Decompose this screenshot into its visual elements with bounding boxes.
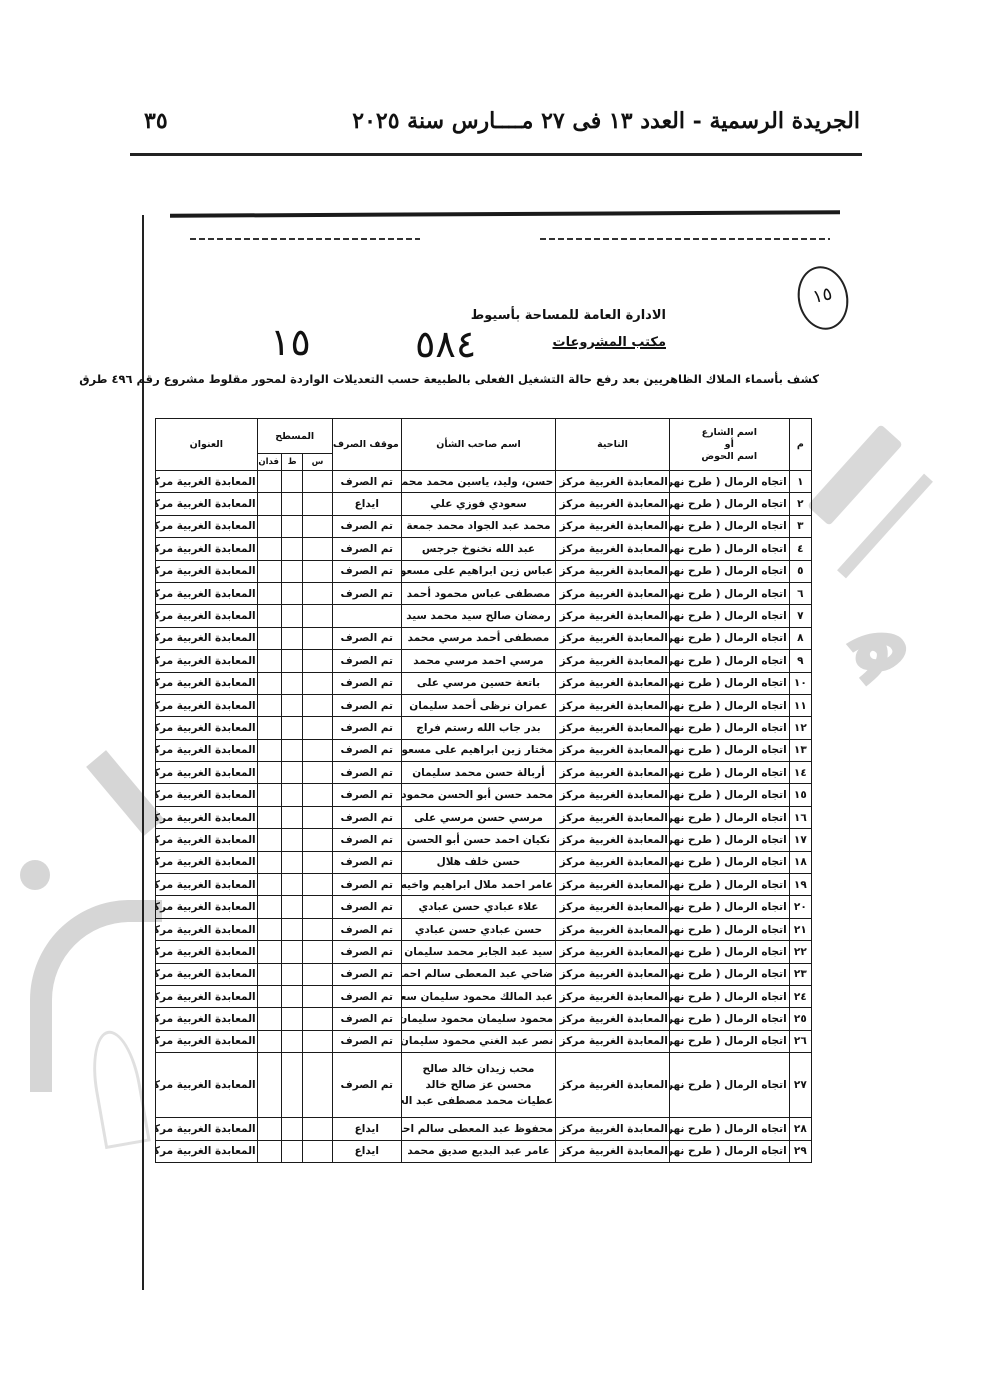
cell-num: ١٦ [789, 806, 811, 828]
header-num: م [789, 419, 811, 471]
watermark-shape [807, 424, 903, 526]
cell-qirat [282, 627, 303, 649]
cell-feddan [257, 739, 281, 761]
cell-address: المعابدة الغربية مركز ابنوب [156, 560, 258, 582]
cell-num: ١٢ [789, 717, 811, 739]
cell-num: ٢٥ [789, 1008, 811, 1030]
cell-owner: بدر جاب الله رستم فراج [401, 717, 555, 739]
page-number: ٣٥ [144, 108, 168, 134]
cell-num: ١٩ [789, 874, 811, 896]
cell-feddan [257, 874, 281, 896]
cell-feddan [257, 538, 281, 560]
table-row: ٥اتجاه الرمال ( طرح نهر ) ٣٩المعابدة الغ… [156, 560, 812, 582]
table-row: ٢٧اتجاه الرمال ( طرح نهر ) ٣٩المعابدة ال… [156, 1053, 812, 1118]
cell-num: ٢٩ [789, 1140, 811, 1162]
handwritten-number: ٥٨٤ [415, 322, 476, 366]
cell-nahia: المعابدة الغربية مركز ابنوب [556, 717, 670, 739]
cell-qirat [282, 493, 303, 515]
cell-address: المعابدة الغربية مركز ابنوب [156, 717, 258, 739]
cell-sahm [303, 829, 332, 851]
scan-noise [190, 238, 420, 240]
cell-status: تم الصرف [332, 762, 401, 784]
cell-status: تم الصرف [332, 874, 401, 896]
cell-num: ٥ [789, 560, 811, 582]
cell-street: اتجاه الرمال ( طرح نهر ) ٣٩ [669, 851, 789, 873]
watermark-dot [20, 860, 50, 890]
cell-num: ١٥ [789, 784, 811, 806]
cell-street: اتجاه الرمال ( طرح نهر ) ٣٩ [669, 560, 789, 582]
cell-num: ١٠ [789, 672, 811, 694]
cell-feddan [257, 1140, 281, 1162]
eagle-emblem-icon [85, 1027, 150, 1149]
cell-address: المعابدة الغربية مركز ابنوب [156, 471, 258, 493]
cell-status: تم الصرف [332, 941, 401, 963]
header-area: المسطح [257, 419, 332, 454]
cell-status: تم الصرف [332, 918, 401, 940]
cell-address: المعابدة الغربية مركز ابنوب [156, 1008, 258, 1030]
cell-address: المعابدة الغربية مركز ابنوب [156, 1118, 258, 1140]
header-street: اسم الشارع أو اسم الحوض [669, 419, 789, 471]
cell-status: تم الصرف [332, 851, 401, 873]
cell-qirat [282, 1030, 303, 1052]
cell-qirat [282, 918, 303, 940]
header-address: العنوان [156, 419, 258, 471]
owners-table: م اسم الشارع أو اسم الحوض الناحية اسم صا… [155, 418, 812, 1163]
office-name: الادارة العامة للمساحة بأسيوط [471, 302, 666, 329]
cell-owner: عامر احمد ملال ابراهيم واخيه عطية [401, 874, 555, 896]
cell-sahm [303, 717, 332, 739]
table-row: ١٠اتجاه الرمال ( طرح نهر ) ٣٩المعابدة ال… [156, 672, 812, 694]
cell-owner: حسن، وليد، ياسين محمد محمد علي [401, 471, 555, 493]
cell-feddan [257, 1118, 281, 1140]
cell-feddan [257, 515, 281, 537]
cell-feddan [257, 471, 281, 493]
cell-street: اتجاه الرمال ( طرح نهر ) ٣٩ [669, 739, 789, 761]
cell-status: تم الصرف [332, 515, 401, 537]
office-block: الادارة العامة للمساحة بأسيوط مكتب المشر… [471, 302, 666, 356]
cell-nahia: المعابدة الغربية مركز ابنوب [556, 1008, 670, 1030]
cell-street: اتجاه الرمال ( طرح نهر ) ٣٩ [669, 806, 789, 828]
cell-status: تم الصرف [332, 985, 401, 1007]
cell-feddan [257, 985, 281, 1007]
cell-nahia: المعابدة الغربية مركز ابنوب [556, 672, 670, 694]
cell-nahia: المعابدة الغربية مركز ابنوب [556, 1140, 670, 1162]
cell-num: ١٤ [789, 762, 811, 784]
cell-sahm [303, 582, 332, 604]
table-row: ٨اتجاه الرمال ( طرح نهر ) ٣٩المعابدة الغ… [156, 627, 812, 649]
cell-street: اتجاه الرمال ( طرح نهر ) ٣٩ [669, 762, 789, 784]
cell-street: اتجاه الرمال ( طرح نهر ) ٣٩ [669, 874, 789, 896]
cell-num: ٢ [789, 493, 811, 515]
cell-feddan [257, 829, 281, 851]
cell-owner: باتعة حسين مرسي على [401, 672, 555, 694]
table-row: ٢٠اتجاه الرمال ( طرح نهر ) ٣٩المعابدة ال… [156, 896, 812, 918]
cell-feddan [257, 941, 281, 963]
cell-sahm [303, 1053, 332, 1118]
cell-feddan [257, 806, 281, 828]
cell-sahm [303, 985, 332, 1007]
cell-qirat [282, 672, 303, 694]
cell-owner: عبد الله نخنوخ جرجس [401, 538, 555, 560]
cell-status: تم الصرف [332, 896, 401, 918]
cell-nahia: المعابدة الغربية مركز ابنوب [556, 1118, 670, 1140]
table-row: ١٦اتجاه الرمال ( طرح نهر ) ٣٩المعابدة ال… [156, 806, 812, 828]
cell-owner: نصر عبد الغني محمود سليمان [401, 1030, 555, 1052]
table-row: ١٧اتجاه الرمال ( طرح نهر ) ٣٩المعابدة ال… [156, 829, 812, 851]
document-caption: كشف بأسماء الملاك الظاهريين بعد رفع حالة… [79, 372, 819, 386]
cell-sahm [303, 560, 332, 582]
table-row: ٢٣اتجاه الرمال ( طرح نهر ) ٣٩المعابدة ال… [156, 963, 812, 985]
cell-status: تم الصرف [332, 1008, 401, 1030]
table-row: ٤اتجاه الرمال ( طرح نهر ) ٣٩المعابدة الغ… [156, 538, 812, 560]
cell-num: ٤ [789, 538, 811, 560]
cell-feddan [257, 560, 281, 582]
table-row: ٢٦اتجاه الرمال ( طرح نهر ) ٣٩المعابدة ال… [156, 1030, 812, 1052]
cell-nahia: المعابدة الغربية مركز ابنوب [556, 963, 670, 985]
cell-street: اتجاه الرمال ( طرح نهر ) ٣٩ [669, 538, 789, 560]
cell-status: تم الصرف [332, 806, 401, 828]
cell-status: تم الصرف [332, 694, 401, 716]
cell-qirat [282, 471, 303, 493]
cell-owner: مصطفى عباس محمود أحمد [401, 582, 555, 604]
cell-street: اتجاه الرمال ( طرح نهر ) ٣٩ [669, 829, 789, 851]
cell-qirat [282, 694, 303, 716]
owner-name-line: عطيات محمد مصطفى عبد الحافظ [404, 1093, 553, 1109]
cell-address: المعابدة الغربية مركز ابنوب [156, 941, 258, 963]
header-qirat: ط [282, 454, 303, 471]
cell-sahm [303, 941, 332, 963]
cell-owner: محمد عبد الجواد محمد جمعة [401, 515, 555, 537]
cell-num: ٣ [789, 515, 811, 537]
cell-qirat [282, 1008, 303, 1030]
cell-owner: مصطفى أحمد مرسي محمد [401, 627, 555, 649]
cell-qirat [282, 1140, 303, 1162]
cell-nahia: المعابدة الغربية مركز ابنوب [556, 806, 670, 828]
cell-street: اتجاه الرمال ( طرح نهر ) ٣٩ [669, 963, 789, 985]
cell-feddan [257, 784, 281, 806]
cell-nahia: المعابدة الغربية مركز ابنوب [556, 515, 670, 537]
cell-status [332, 605, 401, 627]
cell-feddan [257, 605, 281, 627]
cell-street: اتجاه الرمال ( طرح نهر ) ٣٩ [669, 672, 789, 694]
cell-qirat [282, 941, 303, 963]
cell-num: ٢٤ [789, 985, 811, 1007]
cell-street: اتجاه الرمال ( طرح نهر ) ٣٩ [669, 1030, 789, 1052]
header-divider [130, 153, 862, 156]
header-feddan: فدان [257, 454, 281, 471]
cell-owner: عمران نرظى أحمد سليمان [401, 694, 555, 716]
cell-street: اتجاه الرمال ( طرح نهر ) ٣٩ [669, 1118, 789, 1140]
cell-status: تم الصرف [332, 784, 401, 806]
cell-nahia: المعابدة الغربية مركز ابنوب [556, 1030, 670, 1052]
table-row: ١٣اتجاه الرمال ( طرح نهر ) ٣٩المعابدة ال… [156, 739, 812, 761]
cell-owner: مختار زين ابراهيم على مسعود [401, 739, 555, 761]
cell-qirat [282, 896, 303, 918]
cell-qirat [282, 1053, 303, 1118]
cell-sahm [303, 896, 332, 918]
cell-sahm [303, 739, 332, 761]
cell-status: ايداع [332, 1140, 401, 1162]
cell-address: المعابدة الغربية مركز ابنوب [156, 806, 258, 828]
cell-feddan [257, 493, 281, 515]
cell-address: المعابدة الغربية مركز ابنوب [156, 1030, 258, 1052]
cell-status: ايداع [332, 1118, 401, 1140]
cell-nahia: المعابدة الغربية مركز ابنوب [556, 762, 670, 784]
cell-qirat [282, 650, 303, 672]
cell-address: المعابدة الغربية مركز ابنوب [156, 515, 258, 537]
cell-nahia: المعابدة الغربية مركز ابنوب [556, 560, 670, 582]
cell-address: المعابدة الغربية مركز ابنوب [156, 1053, 258, 1118]
scan-noise [540, 238, 830, 240]
cell-owner: حسن عبادي حسن عبادي [401, 918, 555, 940]
cell-sahm [303, 918, 332, 940]
cell-sahm [303, 672, 332, 694]
cell-nahia: المعابدة الغربية مركز ابنوب [556, 694, 670, 716]
cell-sahm [303, 627, 332, 649]
cell-owner: علاء عبادي حسن عبادي [401, 896, 555, 918]
cell-status: تم الصرف [332, 672, 401, 694]
cell-owner: رمضان صالح سيد محمد سيد [401, 605, 555, 627]
cell-owner: محمد حسن أبو الحسن محمود [401, 784, 555, 806]
cell-feddan [257, 1008, 281, 1030]
cell-qirat [282, 605, 303, 627]
cell-status: تم الصرف [332, 650, 401, 672]
cell-street: اتجاه الرمال ( طرح نهر ) ٣٩ [669, 627, 789, 649]
cell-num: ٢١ [789, 918, 811, 940]
cell-address: المعابدة الغربية مركز ابنوب [156, 829, 258, 851]
table-row: ٢اتجاه الرمال ( طرح نهر ) ٣٩المعابدة الغ… [156, 493, 812, 515]
cell-street: اتجاه الرمال ( طرح نهر ) ٣٩ [669, 650, 789, 672]
cell-feddan [257, 650, 281, 672]
table-row: ٢٤اتجاه الرمال ( طرح نهر ) ٣٩المعابدة ال… [156, 985, 812, 1007]
cell-num: ٨ [789, 627, 811, 649]
cell-owner: محمود سليمان محمود سليمان [401, 1008, 555, 1030]
cell-nahia: المعابدة الغربية مركز ابنوب [556, 627, 670, 649]
cell-nahia: المعابدة الغربية مركز ابنوب [556, 829, 670, 851]
cell-address: المعابدة الغربية مركز ابنوب [156, 493, 258, 515]
table-row: ٦اتجاه الرمال ( طرح نهر ) ٣٩المعابدة الغ… [156, 582, 812, 604]
cell-feddan [257, 627, 281, 649]
cell-owner: محفوظ عبد المعطى سالم احمد [401, 1118, 555, 1140]
cell-nahia: المعابدة الغربية مركز ابنوب [556, 874, 670, 896]
cell-sahm [303, 806, 332, 828]
cell-street: اتجاه الرمال ( طرح نهر ) ٣٩ [669, 493, 789, 515]
table-row: ١اتجاه الرمال ( طرح نهر ) ٣٩المعابدة الغ… [156, 471, 812, 493]
cell-nahia: المعابدة الغربية مركز ابنوب [556, 851, 670, 873]
cell-nahia: المعابدة الغربية مركز ابنوب [556, 605, 670, 627]
cell-nahia: المعابدة الغربية مركز ابنوب [556, 784, 670, 806]
cell-address: المعابدة الغربية مركز ابنوب [156, 762, 258, 784]
office-subdivision: مكتب المشروعات [471, 329, 666, 356]
cell-num: ١١ [789, 694, 811, 716]
table-row: ٢٥اتجاه الرمال ( طرح نهر ) ٣٩المعابدة ال… [156, 1008, 812, 1030]
cell-num: ١٨ [789, 851, 811, 873]
table-row: ٣اتجاه الرمال ( طرح نهر ) ٣٩المعابدة الغ… [156, 515, 812, 537]
cell-feddan [257, 694, 281, 716]
cell-street: اتجاه الرمال ( طرح نهر ) ٣٩ [669, 471, 789, 493]
circled-stamp: ١٥ [792, 262, 854, 335]
cell-qirat [282, 874, 303, 896]
cell-address: المعابدة الغربية مركز ابنوب [156, 605, 258, 627]
cell-qirat [282, 515, 303, 537]
cell-feddan [257, 672, 281, 694]
cell-nahia: المعابدة الغربية مركز ابنوب [556, 493, 670, 515]
table-row: ١٩اتجاه الرمال ( طرح نهر ) ٣٩المعابدة ال… [156, 874, 812, 896]
cell-status: ايداع [332, 493, 401, 515]
cell-sahm [303, 762, 332, 784]
cell-street: اتجاه الرمال ( طرح نهر ) ٣٩ [669, 605, 789, 627]
cell-nahia: المعابدة الغربية مركز ابنوب [556, 918, 670, 940]
cell-sahm [303, 874, 332, 896]
header-nahia: الناحية [556, 419, 670, 471]
cell-owner: أربالة حسن محمد سليمان [401, 762, 555, 784]
cell-nahia: المعابدة الغربية مركز ابنوب [556, 582, 670, 604]
table-row: ٩اتجاه الرمال ( طرح نهر ) ٣٩المعابدة الغ… [156, 650, 812, 672]
cell-street: اتجاه الرمال ( طرح نهر ) ٣٩ [669, 1140, 789, 1162]
cell-street: اتجاه الرمال ( طرح نهر ) ٣٩ [669, 717, 789, 739]
cell-qirat [282, 762, 303, 784]
table-row: ٧اتجاه الرمال ( طرح نهر ) ٣٩المعابدة الغ… [156, 605, 812, 627]
cell-address: المعابدة الغربية مركز ابنوب [156, 985, 258, 1007]
cell-status: تم الصرف [332, 717, 401, 739]
gazette-header: الجريدة الرسمية - العدد ١٣ فى ٢٧ مــــار… [130, 108, 860, 148]
cell-qirat [282, 829, 303, 851]
cell-address: المعابدة الغربية مركز ابنوب [156, 627, 258, 649]
cell-street: اتجاه الرمال ( طرح نهر ) ٣٩ [669, 515, 789, 537]
cell-nahia: المعابدة الغربية مركز ابنوب [556, 941, 670, 963]
cell-owner: عامر عبد البديع صديق محمد [401, 1140, 555, 1162]
cell-num: ١٣ [789, 739, 811, 761]
cell-qirat [282, 717, 303, 739]
cell-owner: حسن خلف هلال [401, 851, 555, 873]
cell-address: المعابدة الغربية مركز ابنوب [156, 694, 258, 716]
owner-name-line: محب زيدان خالد صالح [404, 1061, 553, 1077]
cell-feddan [257, 1030, 281, 1052]
cell-num: ٢٠ [789, 896, 811, 918]
cell-status: تم الصرف [332, 1030, 401, 1052]
cell-address: المعابدة الغربية مركز ابنوب [156, 650, 258, 672]
cell-address: المعابدة الغربية مركز ابنوب [156, 963, 258, 985]
table-row: ٢١اتجاه الرمال ( طرح نهر ) ٣٩المعابدة ال… [156, 918, 812, 940]
table-row: ١٨اتجاه الرمال ( طرح نهر ) ٣٩المعابدة ال… [156, 851, 812, 873]
cell-nahia: المعابدة الغربية مركز ابنوب [556, 538, 670, 560]
watermark-logo-icon: ﻫ [814, 582, 929, 703]
cell-nahia: المعابدة الغربية مركز ابنوب [556, 650, 670, 672]
cell-owner: سيد عبد الجابر محمد سليمان [401, 941, 555, 963]
cell-owner: نكيان احمد حسن أبو الحسن [401, 829, 555, 851]
cell-street: اتجاه الرمال ( طرح نهر ) ٣٩ [669, 896, 789, 918]
cell-qirat [282, 806, 303, 828]
cell-address: المعابدة الغربية مركز ابنوب [156, 784, 258, 806]
cell-qirat [282, 851, 303, 873]
cell-owner: عباس زين ابراهيم على مسعود [401, 560, 555, 582]
cell-sahm [303, 471, 332, 493]
table-row: ٢٩اتجاه الرمال ( طرح نهر ) ٣٩المعابدة ال… [156, 1140, 812, 1162]
cell-nahia: المعابدة الغربية مركز ابنوب [556, 471, 670, 493]
cell-feddan [257, 918, 281, 940]
watermark-shape [86, 750, 164, 836]
cell-qirat [282, 963, 303, 985]
cell-street: اتجاه الرمال ( طرح نهر ) ٣٩ [669, 985, 789, 1007]
cell-street: اتجاه الرمال ( طرح نهر ) ٣٩ [669, 1053, 789, 1118]
table-body: ١اتجاه الرمال ( طرح نهر ) ٣٩المعابدة الغ… [156, 471, 812, 1163]
cell-status: تم الصرف [332, 538, 401, 560]
cell-sahm [303, 1030, 332, 1052]
cell-nahia: المعابدة الغربية مركز ابنوب [556, 896, 670, 918]
table-row: ١٢اتجاه الرمال ( طرح نهر ) ٣٩المعابدة ال… [156, 717, 812, 739]
cell-sahm [303, 851, 332, 873]
gazette-title: الجريدة الرسمية - العدد ١٣ فى ٢٧ مــــار… [352, 108, 860, 134]
cell-qirat [282, 582, 303, 604]
cell-status: تم الصرف [332, 829, 401, 851]
cell-qirat [282, 985, 303, 1007]
cell-address: المعابدة الغربية مركز ابنوب [156, 1140, 258, 1162]
cell-num: ٧ [789, 605, 811, 627]
cell-qirat [282, 560, 303, 582]
cell-address: المعابدة الغربية مركز ابنوب [156, 582, 258, 604]
cell-num: ٢٣ [789, 963, 811, 985]
cell-street: اتجاه الرمال ( طرح نهر ) ٣٩ [669, 918, 789, 940]
table-row: ١٥اتجاه الرمال ( طرح نهر ) ٣٩المعابدة ال… [156, 784, 812, 806]
cell-status: تم الصرف [332, 627, 401, 649]
cell-feddan [257, 896, 281, 918]
cell-nahia: المعابدة الغربية مركز ابنوب [556, 985, 670, 1007]
cell-nahia: المعابدة الغربية مركز ابنوب [556, 739, 670, 761]
cell-address: المعابدة الغربية مركز ابنوب [156, 538, 258, 560]
header-sahm: س [303, 454, 332, 471]
cell-sahm [303, 1140, 332, 1162]
cell-street: اتجاه الرمال ( طرح نهر ) ٣٩ [669, 582, 789, 604]
cell-address: المعابدة الغربية مركز ابنوب [156, 739, 258, 761]
cell-nahia: المعابدة الغربية مركز ابنوب [556, 1053, 670, 1118]
cell-sahm [303, 784, 332, 806]
cell-street: اتجاه الرمال ( طرح نهر ) ٣٩ [669, 694, 789, 716]
cell-address: المعابدة الغربية مركز ابنوب [156, 672, 258, 694]
cell-feddan [257, 963, 281, 985]
cell-status: تم الصرف [332, 739, 401, 761]
cell-address: المعابدة الغربية مركز ابنوب [156, 918, 258, 940]
cell-num: ٢٢ [789, 941, 811, 963]
table-row: ٢٨اتجاه الرمال ( طرح نهر ) ٣٩المعابدة ال… [156, 1118, 812, 1140]
cell-owner: ضاحي عبد المعطى سالم احمد [401, 963, 555, 985]
table-row: ١٤اتجاه الرمال ( طرح نهر ) ٣٩المعابدة ال… [156, 762, 812, 784]
cell-qirat [282, 1118, 303, 1140]
cell-sahm [303, 515, 332, 537]
cell-sahm [303, 493, 332, 515]
cell-address: المعابدة الغربية مركز ابنوب [156, 896, 258, 918]
cell-sahm [303, 1008, 332, 1030]
table-row: ١١اتجاه الرمال ( طرح نهر ) ٣٩المعابدة ال… [156, 694, 812, 716]
header-owner: اسم صاحب الشأن [401, 419, 555, 471]
cell-sahm [303, 538, 332, 560]
cell-feddan [257, 582, 281, 604]
owner-name-line: محسن عز صالح خالد [404, 1077, 553, 1093]
cell-num: ٦ [789, 582, 811, 604]
handwritten-number: ١٥ [270, 320, 311, 364]
cell-num: ١ [789, 471, 811, 493]
cell-owner: عبد المالك محمود سليمان سعد الله [401, 985, 555, 1007]
cell-owner: سعودي فوزي علي [401, 493, 555, 515]
watermark-shape [837, 474, 933, 579]
cell-sahm [303, 1118, 332, 1140]
cell-street: اتجاه الرمال ( طرح نهر ) ٣٩ [669, 941, 789, 963]
cell-owner: مرسي حسن مرسي على [401, 806, 555, 828]
cell-num: ٩ [789, 650, 811, 672]
cell-feddan [257, 717, 281, 739]
cell-qirat [282, 784, 303, 806]
cell-owner: مرسي احمد مرسي محمد [401, 650, 555, 672]
cell-num: ٢٦ [789, 1030, 811, 1052]
